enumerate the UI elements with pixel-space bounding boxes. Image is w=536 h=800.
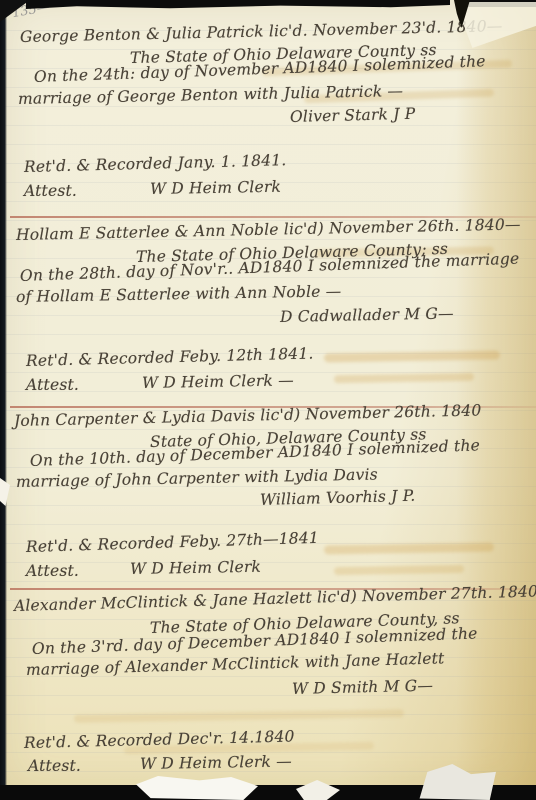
entry-officiant-signature: D Cadwallader M G— xyxy=(280,304,454,326)
clerk-signature: W D Heim Clerk xyxy=(150,178,281,198)
clerk-signature: W D Heim Clerk — xyxy=(140,752,292,773)
attest-label: Attest. xyxy=(26,376,79,394)
photo-edge-left xyxy=(0,0,7,800)
entry-officiant-signature: Oliver Stark J P xyxy=(290,105,416,126)
entry-officiant-signature: W D Smith M G— xyxy=(292,677,434,698)
attest-label: Attest. xyxy=(28,757,81,775)
attest-label: Attest. xyxy=(24,182,77,200)
clerk-signature: W D Heim Clerk xyxy=(130,558,261,578)
photo-background: 135— George Benton & Julia Patrick lic'd… xyxy=(0,0,536,800)
register-page: 135— George Benton & Julia Patrick lic'd… xyxy=(4,0,536,792)
clerk-signature: W D Heim Clerk — xyxy=(142,371,294,392)
attest-label: Attest. xyxy=(26,562,79,580)
underpage-band xyxy=(456,0,536,792)
